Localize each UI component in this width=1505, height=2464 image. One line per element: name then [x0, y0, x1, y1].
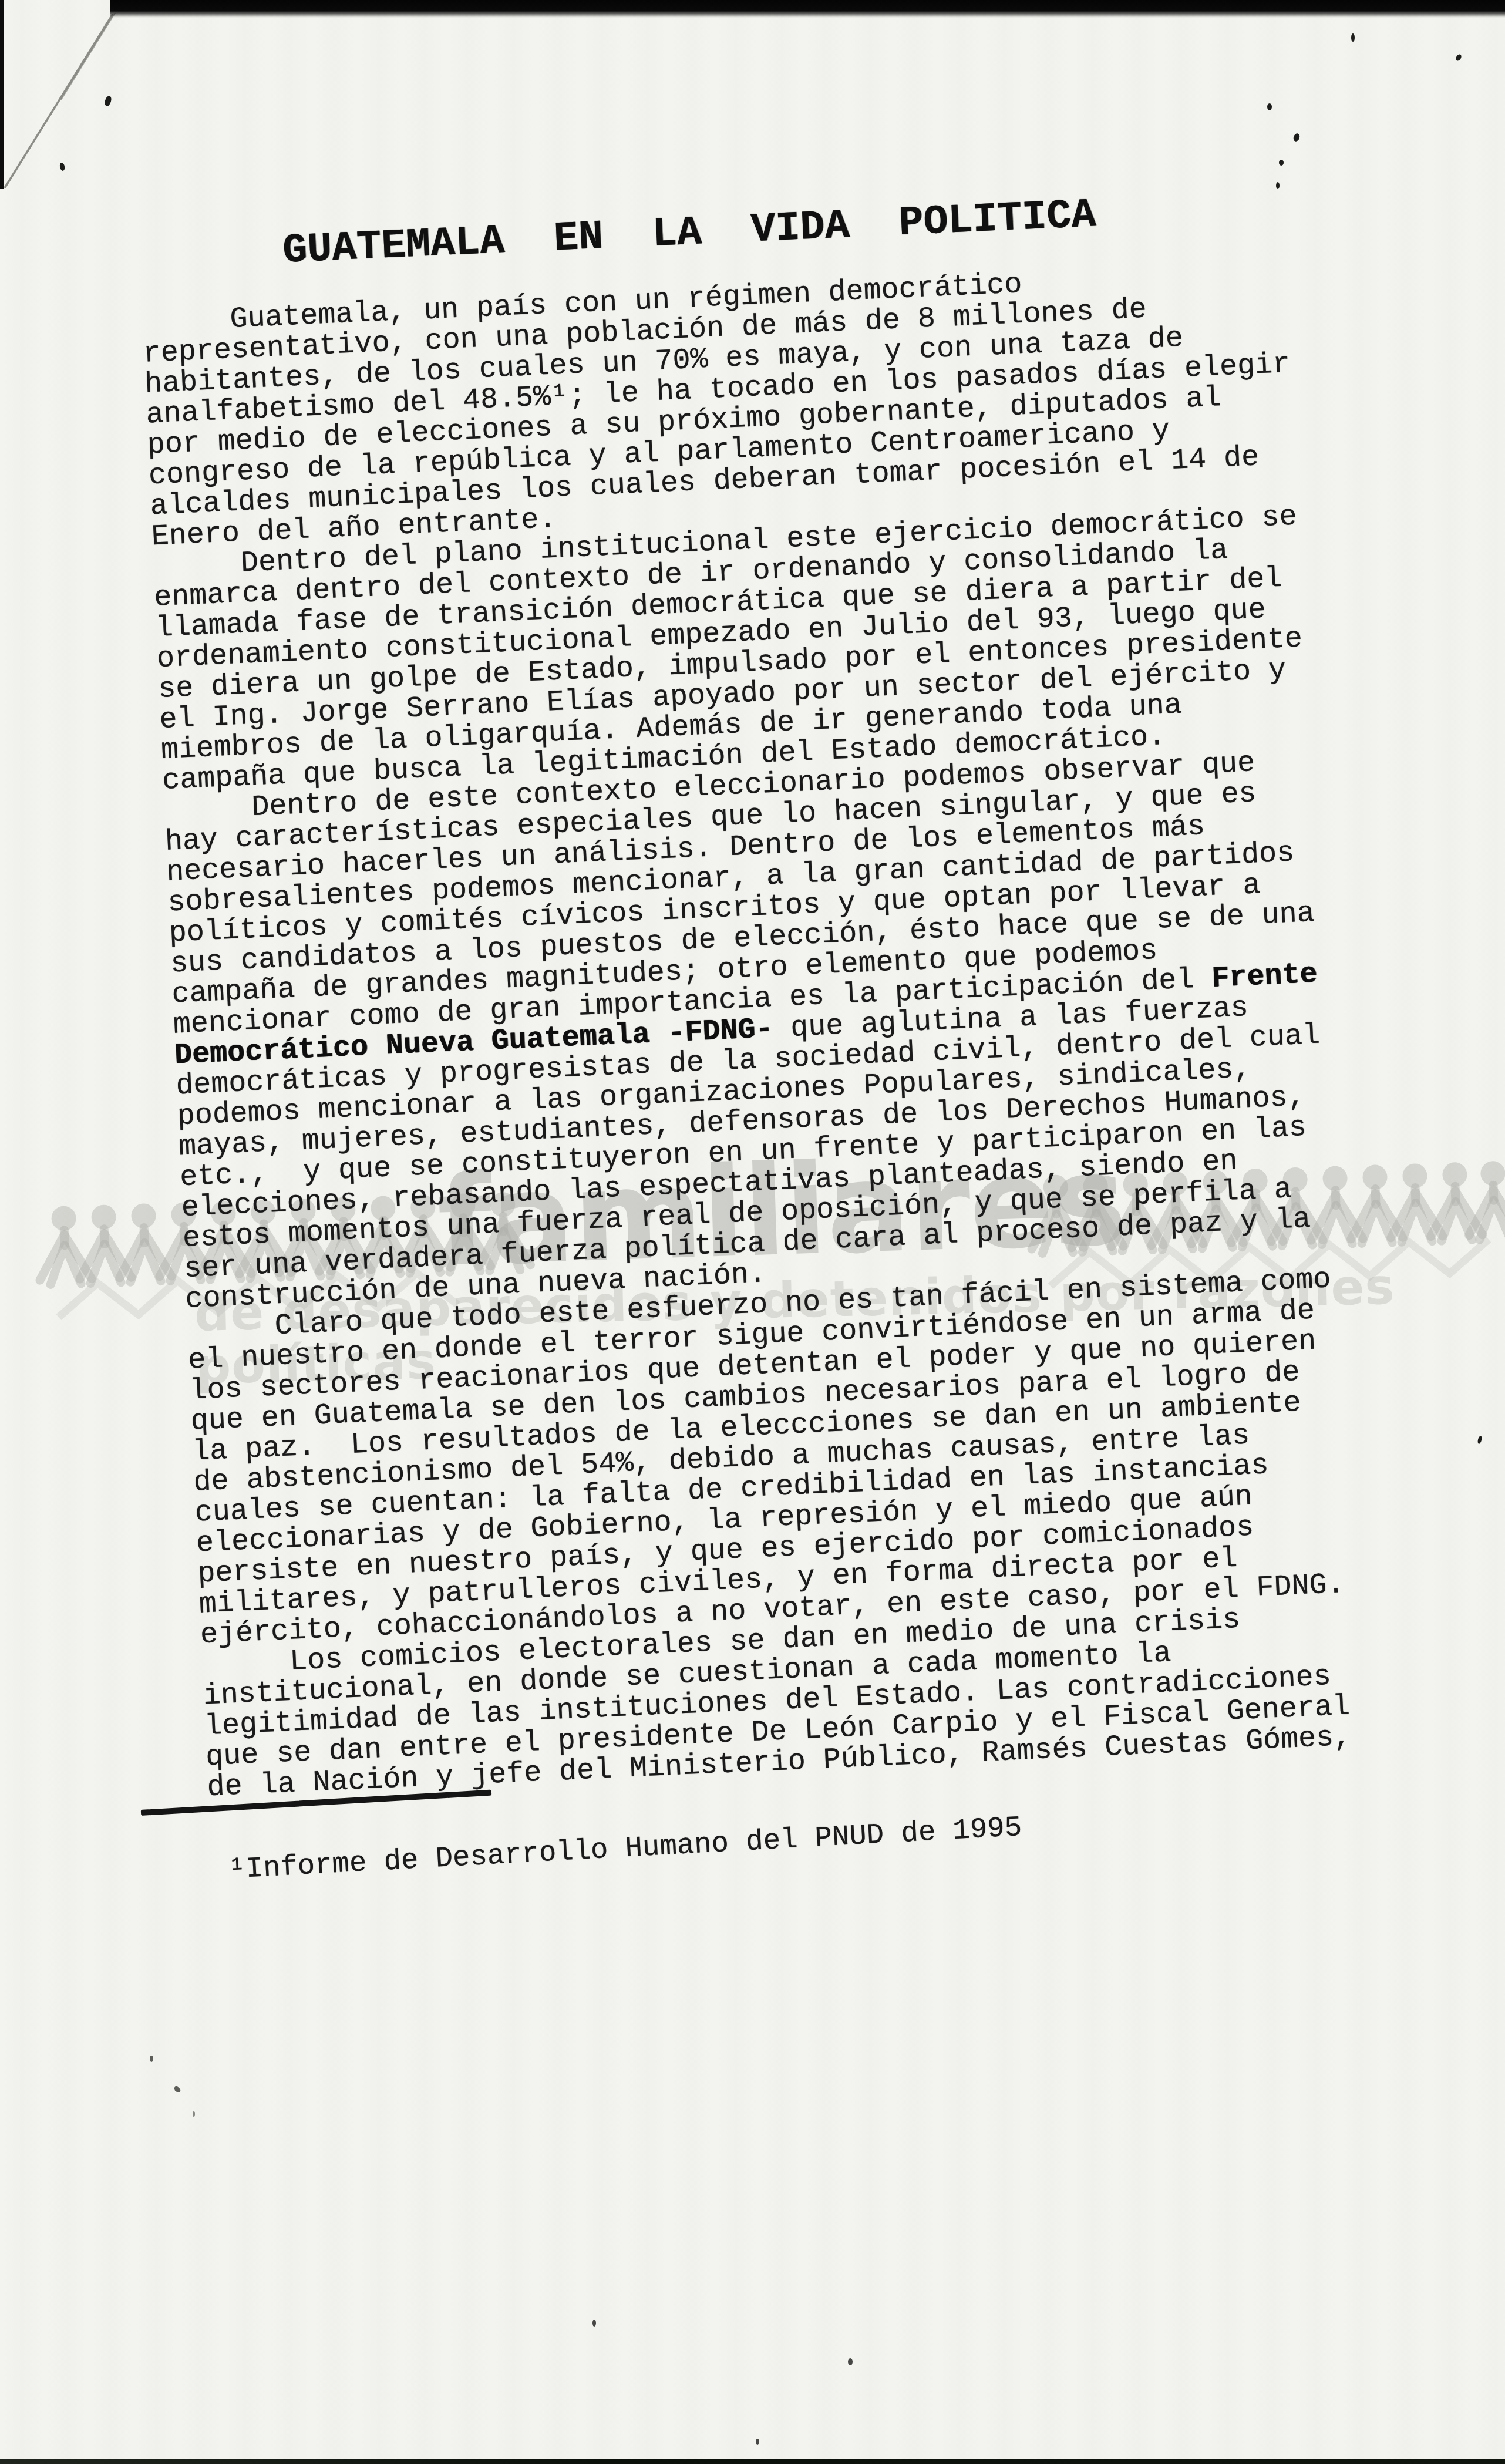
- scan-top-black-band: [110, 0, 1505, 18]
- body-text-after-bold: que aglutina a las fuerzas democráticas …: [175, 991, 1352, 1805]
- corner-fold-crease: [5, 14, 113, 188]
- scanned-page: familiares de desaparecidos y detenidos …: [0, 0, 1505, 2464]
- document-title: GUATEMALA EN LA VIDA POLITICA: [282, 183, 1308, 275]
- document-content: GUATEMALA EN LA VIDA POLITICA Guatemala,…: [138, 183, 1375, 1803]
- scan-bottom-edge-strip: [0, 2459, 1505, 2464]
- scan-left-edge-strip: [0, 0, 4, 189]
- footnote-text: ¹Informe de Desarrollo Humano del PNUD d…: [228, 1812, 1023, 1886]
- corner-fold-crease-dark: [61, 13, 115, 100]
- document-body-text: Guatemala, un país con un régimen democr…: [142, 257, 1375, 1803]
- body-text-before-bold: Guatemala, un país con un régimen democr…: [141, 268, 1315, 1042]
